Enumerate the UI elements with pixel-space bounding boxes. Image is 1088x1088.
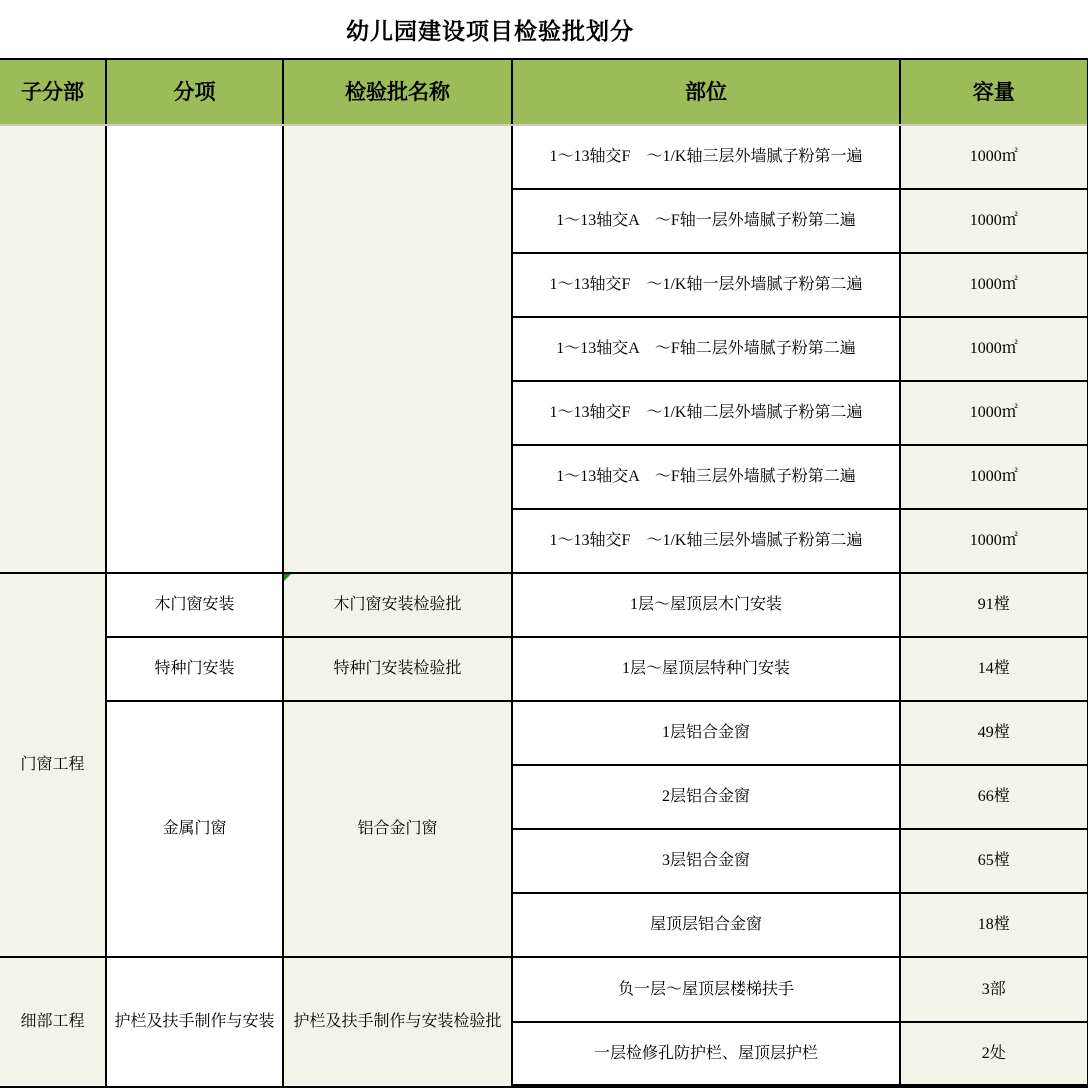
batch-name-cell: 铝合金门窗 bbox=[283, 701, 512, 957]
batch-name-cell: 特种门安装检验批 bbox=[283, 637, 512, 701]
part-cell: 屋顶层铝合金窗 bbox=[512, 893, 900, 957]
capacity-cell: 1000㎡ bbox=[900, 509, 1088, 573]
sub-division-cell: 门窗工程 bbox=[0, 573, 106, 957]
sub-item-cell bbox=[106, 125, 283, 573]
batch-name-cell: 护栏及扶手制作与安装检验批 bbox=[283, 957, 512, 1087]
comment-marker-icon bbox=[284, 574, 291, 581]
table-row: 金属门窗 铝合金门窗 1层铝合金窗 49樘 bbox=[0, 701, 1088, 765]
capacity-cell: 3部 bbox=[900, 957, 1088, 1022]
spreadsheet-page: 幼儿园建设项目检验批划分 子分部 分项 检验批名称 部位 容量 1～13轴交F … bbox=[0, 0, 1088, 1088]
capacity-cell: 1000㎡ bbox=[900, 317, 1088, 381]
sub-item-text: 护栏及扶手制作与安装 bbox=[107, 1012, 282, 1032]
capacity-cell: 65樘 bbox=[900, 829, 1088, 893]
part-cell: 1层铝合金窗 bbox=[512, 701, 900, 765]
header-sub-division: 子分部 bbox=[0, 59, 106, 125]
table-row: 1～13轴交F ～1/K轴三层外墙腻子粉第一遍 1000㎡ bbox=[0, 125, 1088, 189]
part-cell: 3层铝合金窗 bbox=[512, 829, 900, 893]
sub-item-cell: 特种门安装 bbox=[106, 637, 283, 701]
part-cell: 1～13轴交A ～F轴三层外墙腻子粉第二遍 bbox=[512, 445, 900, 509]
capacity-cell: 49樘 bbox=[900, 701, 1088, 765]
batch-name-text: 木门窗安装检验批 bbox=[333, 596, 461, 613]
inspection-batch-table: 子分部 分项 检验批名称 部位 容量 1～13轴交F ～1/K轴三层外墙腻子粉第… bbox=[0, 58, 1088, 1088]
part-cell: 1～13轴交F ～1/K轴三层外墙腻子粉第一遍 bbox=[512, 125, 900, 189]
table-row: 特种门安装 特种门安装检验批 1层～屋顶层特种门安装 14樘 bbox=[0, 637, 1088, 701]
batch-name-text: 护栏及扶手制作与安装检验批 bbox=[284, 1012, 511, 1032]
table-row: 门窗工程 木门窗安装 木门窗安装检验批 1层～屋顶层木门安装 91樘 bbox=[0, 573, 1088, 637]
part-cell: 1层～屋顶层特种门安装 bbox=[512, 637, 900, 701]
part-cell: 2层铝合金窗 bbox=[512, 765, 900, 829]
sub-division-cell: 细部工程 bbox=[0, 957, 106, 1087]
header-part: 部位 bbox=[512, 59, 900, 125]
part-cell: 负一层～屋顶层楼梯扶手 bbox=[512, 957, 900, 1022]
capacity-cell: 91樘 bbox=[900, 573, 1088, 637]
header-sub-item: 分项 bbox=[106, 59, 283, 125]
part-cell: 1～13轴交F ～1/K轴一层外墙腻子粉第二遍 bbox=[512, 253, 900, 317]
capacity-cell: 1000㎡ bbox=[900, 381, 1088, 445]
table-title: 幼儿园建设项目检验批划分 bbox=[346, 13, 634, 46]
sub-item-cell: 木门窗安装 bbox=[106, 573, 283, 637]
sub-item-cell: 护栏及扶手制作与安装 bbox=[106, 957, 283, 1087]
capacity-cell: 1000㎡ bbox=[900, 125, 1088, 189]
part-cell: 1～13轴交F ～1/K轴三层外墙腻子粉第二遍 bbox=[512, 509, 900, 573]
table-title-row: 幼儿园建设项目检验批划分 bbox=[0, 0, 1088, 58]
part-cell: 1～13轴交F ～1/K轴二层外墙腻子粉第二遍 bbox=[512, 381, 900, 445]
part-cell: 1～13轴交A ～F轴一层外墙腻子粉第二遍 bbox=[512, 189, 900, 253]
part-cell: 1层～屋顶层木门安装 bbox=[512, 573, 900, 637]
header-batch-name: 检验批名称 bbox=[283, 59, 512, 125]
capacity-cell: 66樘 bbox=[900, 765, 1088, 829]
capacity-cell: 1000㎡ bbox=[900, 189, 1088, 253]
table-row: 细部工程 护栏及扶手制作与安装 护栏及扶手制作与安装检验批 负一层～屋顶层楼梯扶… bbox=[0, 957, 1088, 1022]
part-cell: 一层检修孔防护栏、屋顶层护栏 bbox=[512, 1022, 900, 1087]
part-cell: 1～13轴交A ～F轴二层外墙腻子粉第二遍 bbox=[512, 317, 900, 381]
capacity-cell: 1000㎡ bbox=[900, 445, 1088, 509]
batch-name-cell: 木门窗安装检验批 bbox=[283, 573, 512, 637]
batch-name-cell bbox=[283, 125, 512, 573]
header-capacity: 容量 bbox=[900, 59, 1088, 125]
sub-division-cell bbox=[0, 125, 106, 573]
capacity-cell: 1000㎡ bbox=[900, 253, 1088, 317]
capacity-cell: 2处 bbox=[900, 1022, 1088, 1087]
header-row: 子分部 分项 检验批名称 部位 容量 bbox=[0, 59, 1088, 125]
sub-item-cell: 金属门窗 bbox=[106, 701, 283, 957]
capacity-cell: 18樘 bbox=[900, 893, 1088, 957]
capacity-cell: 14樘 bbox=[900, 637, 1088, 701]
